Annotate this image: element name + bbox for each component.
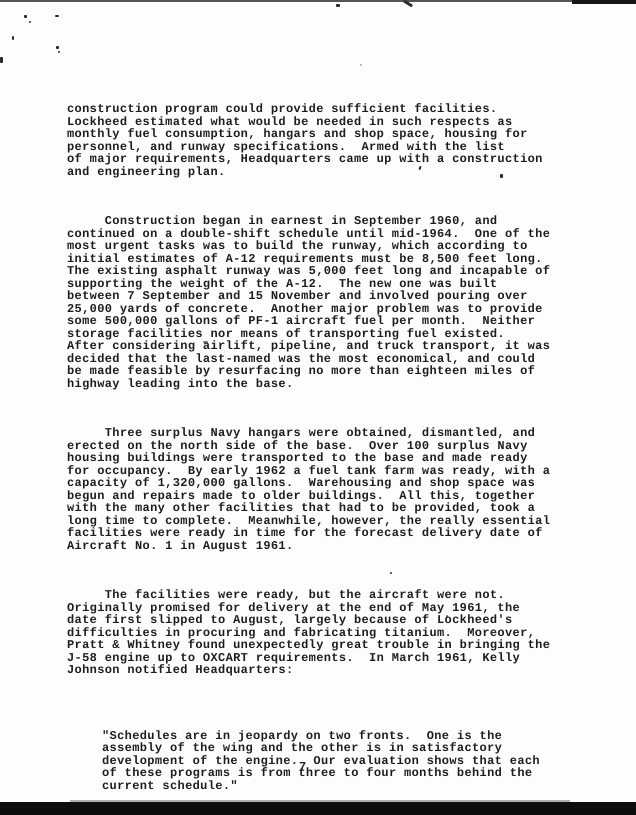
scan-speck [24, 15, 27, 18]
body-paragraph-2: Construction began in earnest in Septemb… [67, 215, 550, 390]
scan-speck [55, 15, 59, 17]
scan-speck [336, 4, 340, 7]
scan-speck [56, 46, 59, 49]
block-quote: "Schedules are in jeopardy on two fronts… [102, 730, 550, 793]
scanned-document-page: construction program could provide suffi… [0, 0, 636, 815]
page-number: 7 [299, 760, 306, 774]
scan-speck [58, 51, 60, 53]
body-paragraph-4: The facilities were ready, but the aircr… [67, 589, 550, 677]
scan-artifact-top-edge [0, 0, 636, 2]
body-paragraph-1: construction program could provide suffi… [67, 103, 550, 178]
scan-speck [12, 36, 14, 40]
scan-speck [29, 21, 31, 23]
document-body: construction program could provide suffi… [67, 78, 550, 815]
body-paragraph-3: Three surplus Navy hangars were obtained… [67, 427, 550, 552]
scan-speck [360, 64, 362, 66]
scan-artifact-top-right-edge [572, 0, 636, 4]
scan-speck [0, 57, 3, 63]
